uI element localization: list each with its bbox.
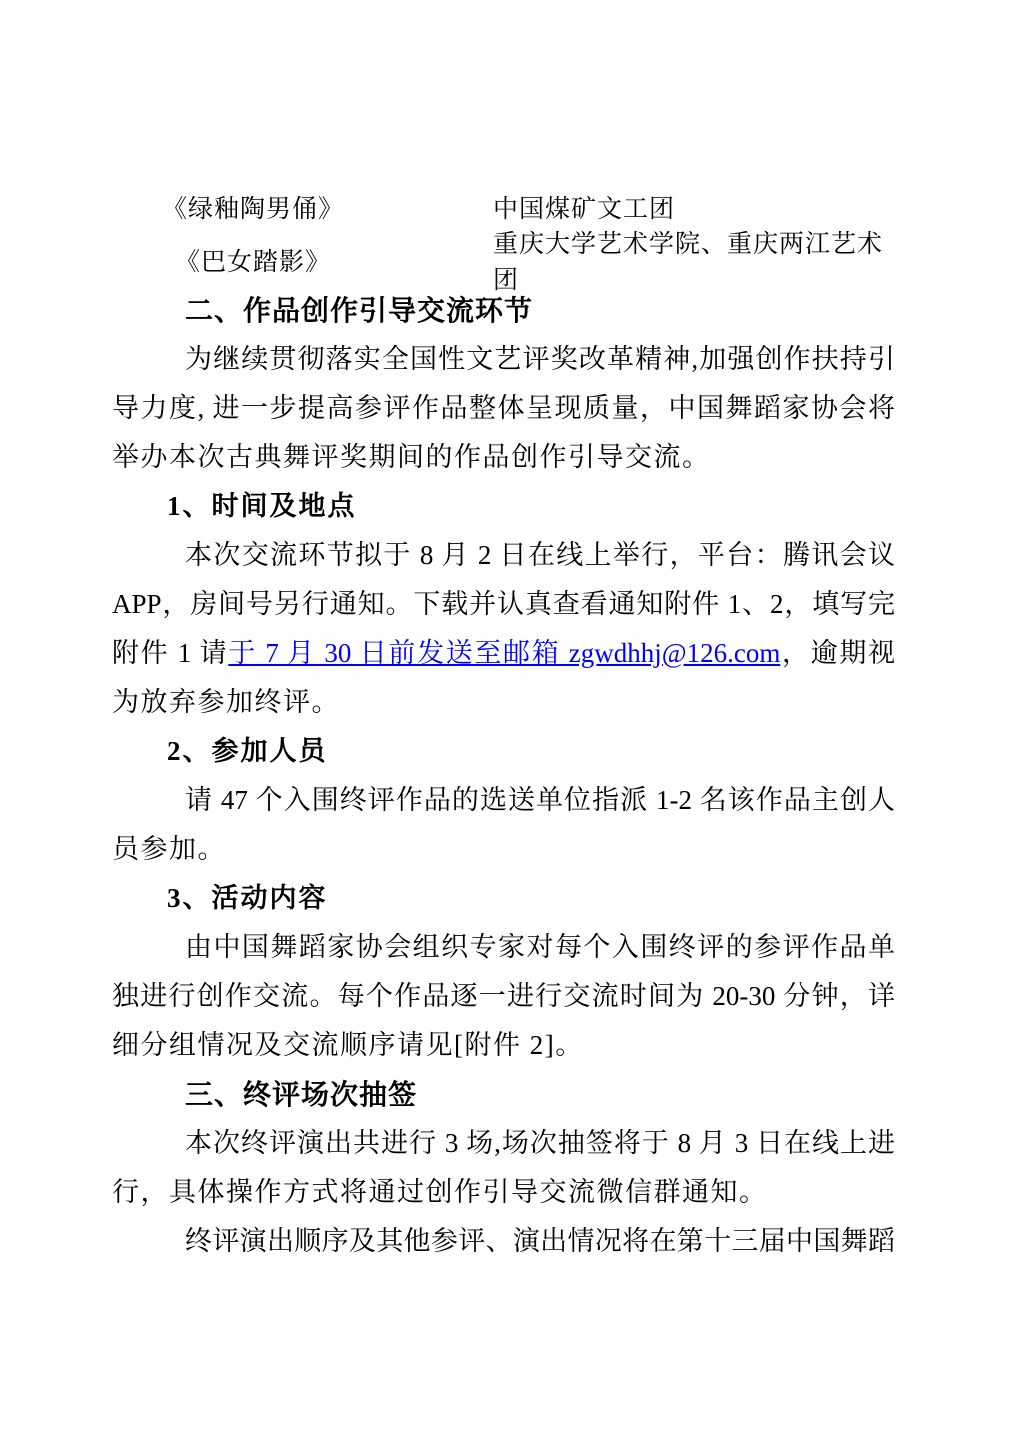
body-line: 为放弃参加终评。 xyxy=(112,678,895,727)
link-line-pre: 附件 1 请 xyxy=(112,638,228,668)
body-line: 独进行创作交流。每个作品逐一进行交流时间为 20-30 分钟，详 xyxy=(112,972,895,1021)
document-content: 《绿釉陶男俑》 中国煤矿文工团 《巴女踏影》 重庆大学艺术学院、重庆两江艺术团 … xyxy=(112,180,895,1266)
body-line: 本次终评演出共进行 3 场,场次抽签将于 8 月 3 日在线上进 xyxy=(112,1119,895,1168)
body-line: 本次交流环节拟于 8 月 2 日在线上举行，平台：腾讯会议 xyxy=(112,531,895,580)
subsection2-heading: 2、参加人员 xyxy=(112,727,895,776)
organization-name: 中国煤矿文工团 xyxy=(493,189,895,225)
body-line: 细分组情况及交流顺序请见[附件 2]。 xyxy=(112,1021,895,1070)
body-line: 终评演出顺序及其他参评、演出情况将在第十三届中国舞蹈 xyxy=(112,1217,895,1266)
body-line: 行，具体操作方式将通过创作引导交流微信群通知。 xyxy=(112,1168,895,1217)
body-line: 请 47 个入围终评作品的选送单位指派 1-2 名该作品主创人 xyxy=(112,776,895,825)
body-line-with-link: 附件 1 请于 7 月 30 日前发送至邮箱 zgwdhhj@126.com，逾… xyxy=(112,629,895,678)
organization-name: 重庆大学艺术学院、重庆两江艺术团 xyxy=(493,224,895,296)
work-title: 《绿釉陶男俑》 xyxy=(112,189,493,225)
link-line-post: ，逾期视 xyxy=(780,638,895,668)
body-line: 员参加。 xyxy=(112,825,895,874)
document-page: 《绿釉陶男俑》 中国煤矿文工团 《巴女踏影》 重庆大学艺术学院、重庆两江艺术团 … xyxy=(0,0,1010,1432)
work-title: 《巴女踏影》 xyxy=(112,242,493,278)
body-line: 由中国舞蹈家协会组织专家对每个入围终评的参评作品单 xyxy=(112,923,895,972)
email-link[interactable]: 于 7 月 30 日前发送至邮箱 zgwdhhj@126.com xyxy=(228,638,780,668)
subsection3-heading: 3、活动内容 xyxy=(112,874,895,923)
body-line: 为继续贯彻落实全国性文艺评奖改革精神,加强创作扶持引 xyxy=(112,335,895,384)
body-line: 导力度, 进一步提高参评作品整体呈现质量，中国舞蹈家协会将 xyxy=(112,384,895,433)
entry-row: 《巴女踏影》 重庆大学艺术学院、重庆两江艺术团 xyxy=(112,233,895,286)
section3-heading: 三、终评场次抽签 xyxy=(112,1070,895,1119)
subsection1-heading: 1、时间及地点 xyxy=(112,482,895,531)
body-line: APP，房间号另行通知。下载并认真查看通知附件 1、2，填写完 xyxy=(112,580,895,629)
body-line: 举办本次古典舞评奖期间的作品创作引导交流。 xyxy=(112,433,895,482)
